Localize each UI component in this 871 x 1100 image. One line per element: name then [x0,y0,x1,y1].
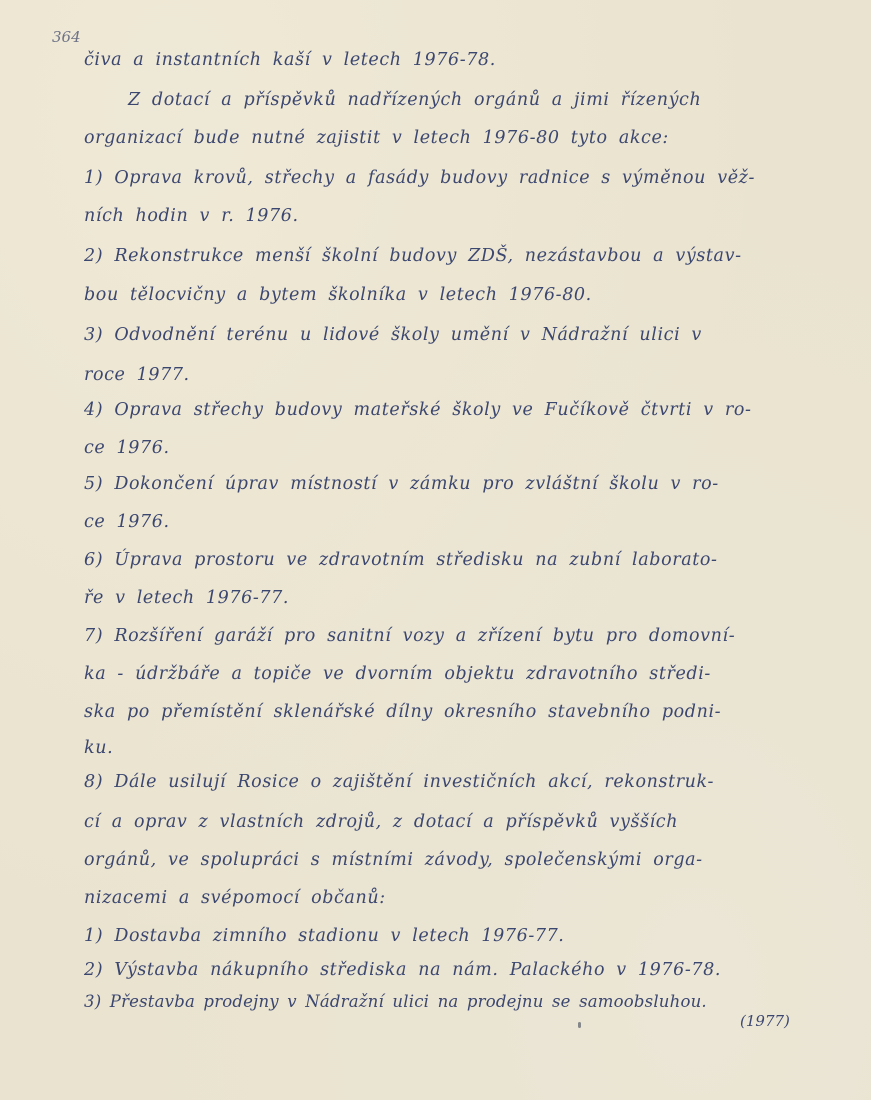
list-item-5: 5) Dokončení úprav místností v zámku pro… [84,474,719,494]
text-line: orgánů, ve spolupráci s místními závody,… [84,850,703,870]
ink-speck [578,1022,581,1028]
list-item-6: 6) Úprava prostoru ve zdravotním středis… [84,550,718,570]
list-item-2: 2) Rekonstrukce menší školní budovy ZDŠ,… [84,246,742,266]
handwritten-chronicle-page: 364 čiva a instantních kaší v letech 197… [0,0,871,1100]
list-item-1: 1) Oprava krovů, střechy a fasády budovy… [84,168,755,188]
text-line: ce 1976. [84,512,170,532]
list-item-3: 3) Odvodnění terénu u lidové školy umění… [84,325,702,345]
text-line: ře v letech 1976-77. [84,588,289,608]
text-line: ce 1976. [84,438,170,458]
text-line: ních hodin v r. 1976. [84,206,299,226]
text-line: cí a oprav z vlastních zdrojů, z dotací … [84,812,678,832]
sublist-item-2: 2) Výstavba nákupního střediska na nám. … [84,960,721,980]
text-line: ku. [84,738,113,758]
list-item-8: 8) Dále usilují Rosice o zajištění inves… [84,772,714,792]
paragraph-start: Z dotací a příspěvků nadřízených orgánů … [128,90,701,110]
margin-note-year: (1977) [740,1012,790,1030]
list-item-7: 7) Rozšíření garáží pro sanitní vozy a z… [84,626,735,646]
text-line: nizacemi a svépomocí občanů: [84,888,386,908]
sublist-item-3: 3) Přestavba prodejny v Nádražní ulici n… [84,992,707,1011]
text-line: ska po přemístění sklenářské dílny okres… [84,702,721,722]
text-line: roce 1977. [84,365,190,385]
sublist-item-1: 1) Dostavba zimního stadionu v letech 19… [84,926,564,946]
text-line: bou tělocvičny a bytem školníka v letech… [84,285,592,305]
page-number: 364 [52,28,81,46]
text-line: ka - údržbáře a topiče ve dvorním objekt… [84,664,711,684]
list-item-4: 4) Oprava střechy budovy mateřské školy … [84,400,752,420]
text-line: organizací bude nutné zajistit v letech … [84,128,669,148]
text-line: čiva a instantních kaší v letech 1976-78… [84,50,496,70]
